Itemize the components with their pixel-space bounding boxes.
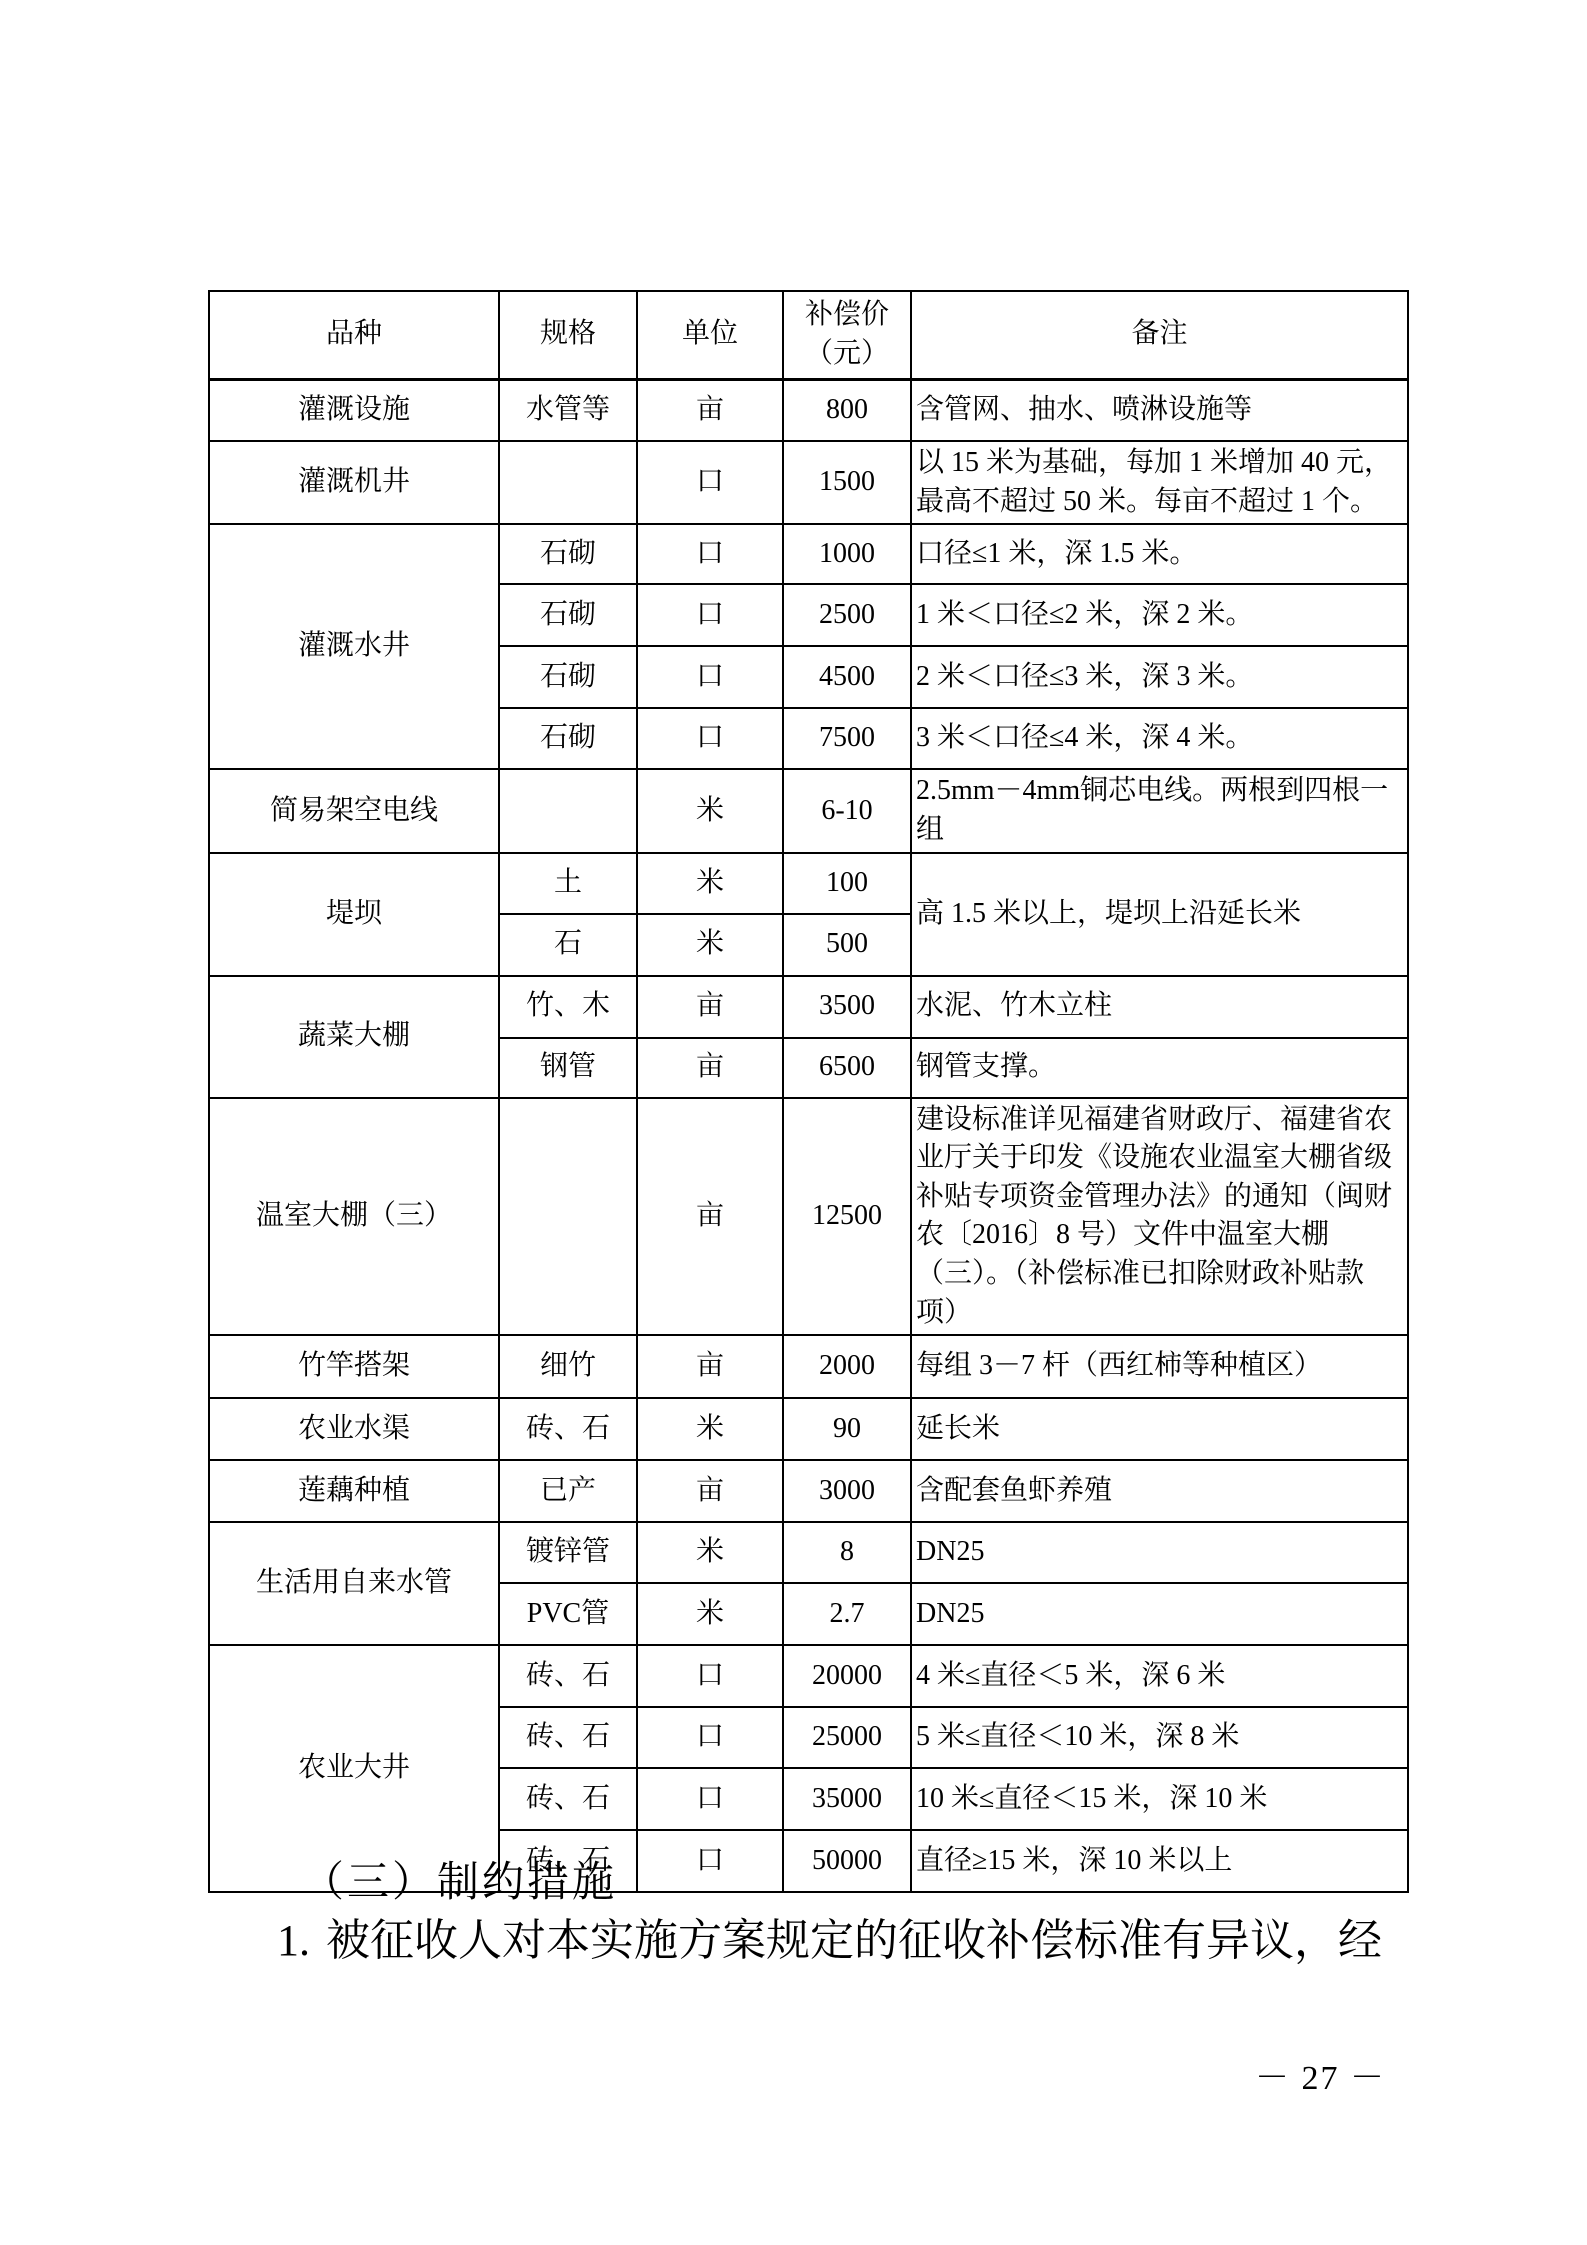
item-cell: 灌溉机井 [209,441,499,524]
note-cell: 2.5mm－4mm铜芯电线。两根到四根一组 [911,769,1408,852]
paragraph-line: 1.被征收人对本实施方案规定的征收补偿标准有异议，经 [277,1904,1382,1968]
item-cell: 蔬菜大棚 [209,976,499,1098]
spec-cell: 石砌 [499,524,637,584]
note-cell: 延长米 [911,1398,1408,1460]
spec-cell: 镀锌管 [499,1522,637,1583]
price-cell: 7500 [783,708,911,769]
note-cell: 口径≤1 米，深 1.5 米。 [911,524,1408,584]
unit-cell: 亩 [637,1460,783,1522]
price-cell: 25000 [783,1707,911,1768]
unit-cell: 口 [637,1768,783,1830]
spec-cell: 钢管 [499,1038,637,1098]
price-cell: 50000 [783,1830,911,1892]
unit-cell: 米 [637,1583,783,1645]
column-header-spec: 规格 [499,291,637,379]
spec-cell: 石砌 [499,708,637,769]
compensation-standards-table: 品种 规格 单位 补偿价 （元） 备注 灌溉设施 水管等 亩 800 含管网、抽… [208,290,1409,1893]
item-cell: 灌溉水井 [209,524,499,769]
item-cell: 简易架空电线 [209,769,499,852]
spec-cell: 砖、石 [499,1707,637,1768]
note-cell: 直径≥15 米，深 10 米以上 [911,1830,1408,1892]
spec-cell [499,769,637,852]
column-header-item: 品种 [209,291,499,379]
column-header-unit: 单位 [637,291,783,379]
table-row: 竹竿搭架 细竹 亩 2000 每组 3－7 杆（西红柿等种植区） [209,1335,1408,1398]
column-header-note: 备注 [911,291,1408,379]
spec-cell: 竹、木 [499,976,637,1038]
note-cell: 钢管支撑。 [911,1038,1408,1098]
unit-cell: 亩 [637,379,783,441]
item-cell: 温室大棚（三） [209,1098,499,1336]
spec-cell: 砖、石 [499,1398,637,1460]
item-cell: 竹竿搭架 [209,1335,499,1398]
price-cell: 8 [783,1522,911,1583]
unit-cell: 口 [637,524,783,584]
section-heading: （三）制约措施 [302,1849,617,1909]
column-header-price: 补偿价 （元） [783,291,911,379]
price-cell: 3000 [783,1460,911,1522]
unit-cell: 口 [637,1707,783,1768]
note-cell: 含管网、抽水、喷淋设施等 [911,379,1408,441]
page-number: － 27 － [1255,2050,1386,2099]
unit-cell: 口 [637,708,783,769]
item-cell: 莲藕种植 [209,1460,499,1522]
price-cell: 6500 [783,1038,911,1098]
note-cell: 水泥、竹木立柱 [911,976,1408,1038]
spec-cell: 砖、石 [499,1768,637,1830]
price-cell: 12500 [783,1098,911,1336]
unit-cell: 口 [637,1645,783,1707]
item-cell: 农业水渠 [209,1398,499,1460]
document-page: 品种 规格 单位 补偿价 （元） 备注 灌溉设施 水管等 亩 800 含管网、抽… [0,0,1587,2245]
note-cell: 5 米≤直径＜10 米，深 8 米 [911,1707,1408,1768]
note-cell: DN25 [911,1522,1408,1583]
spec-cell: 细竹 [499,1335,637,1398]
spec-cell: 已产 [499,1460,637,1522]
note-cell: 高 1.5 米以上，堤坝上沿延长米 [911,853,1408,976]
spec-cell: 砖、石 [499,1645,637,1707]
spec-cell: 水管等 [499,379,637,441]
price-cell: 2000 [783,1335,911,1398]
unit-cell: 米 [637,914,783,976]
spec-cell: 石砌 [499,646,637,708]
table-row: 温室大棚（三） 亩 12500 建设标准详见福建省财政厅、福建省农业厅关于印发《… [209,1098,1408,1336]
unit-cell: 亩 [637,1098,783,1336]
price-cell: 100 [783,853,911,914]
price-cell: 3500 [783,976,911,1038]
unit-cell: 口 [637,584,783,646]
price-cell: 800 [783,379,911,441]
unit-cell: 米 [637,1398,783,1460]
item-cell: 灌溉设施 [209,379,499,441]
note-cell: 每组 3－7 杆（西红柿等种植区） [911,1335,1408,1398]
spec-cell [499,1098,637,1336]
table-row: 简易架空电线 米 6-10 2.5mm－4mm铜芯电线。两根到四根一组 [209,769,1408,852]
table-row: 堤坝 土 米 100 高 1.5 米以上，堤坝上沿延长米 [209,853,1408,914]
price-cell: 2.7 [783,1583,911,1645]
note-cell: 以 15 米为基础，每加 1 米增加 40 元，最高不超过 50 米。每亩不超过… [911,441,1408,524]
table-header-row: 品种 规格 单位 补偿价 （元） 备注 [209,291,1408,379]
table-row: 灌溉机井 口 1500 以 15 米为基础，每加 1 米增加 40 元，最高不超… [209,441,1408,524]
price-cell: 35000 [783,1768,911,1830]
unit-cell: 米 [637,853,783,914]
table-row: 农业大井 砖、石 口 20000 4 米≤直径＜5 米，深 6 米 [209,1645,1408,1707]
unit-cell: 口 [637,1830,783,1892]
note-cell: 4 米≤直径＜5 米，深 6 米 [911,1645,1408,1707]
item-cell: 堤坝 [209,853,499,976]
unit-cell: 米 [637,1522,783,1583]
note-cell: DN25 [911,1583,1408,1645]
unit-cell: 口 [637,441,783,524]
price-cell: 1000 [783,524,911,584]
note-cell: 建设标准详见福建省财政厅、福建省农业厅关于印发《设施农业温室大棚省级补贴专项资金… [911,1098,1408,1336]
table-row: 农业水渠 砖、石 米 90 延长米 [209,1398,1408,1460]
spec-cell: 石 [499,914,637,976]
unit-cell: 亩 [637,1335,783,1398]
unit-cell: 亩 [637,1038,783,1098]
unit-cell: 口 [637,646,783,708]
spec-cell: 土 [499,853,637,914]
table-row: 灌溉水井 石砌 口 1000 口径≤1 米，深 1.5 米。 [209,524,1408,584]
table-row: 蔬菜大棚 竹、木 亩 3500 水泥、竹木立柱 [209,976,1408,1038]
item-cell: 生活用自来水管 [209,1522,499,1645]
price-cell: 4500 [783,646,911,708]
price-cell: 1500 [783,441,911,524]
note-cell: 2 米＜口径≤3 米，深 3 米。 [911,646,1408,708]
price-cell: 20000 [783,1645,911,1707]
note-cell: 10 米≤直径＜15 米，深 10 米 [911,1768,1408,1830]
price-cell: 500 [783,914,911,976]
unit-cell: 亩 [637,976,783,1038]
note-cell: 3 米＜口径≤4 米，深 4 米。 [911,708,1408,769]
price-cell: 6-10 [783,769,911,852]
price-cell: 90 [783,1398,911,1460]
unit-cell: 米 [637,769,783,852]
spec-cell [499,441,637,524]
paragraph-text: 被征收人对本实施方案规定的征收补偿标准有异议，经 [326,1916,1382,1965]
table-row: 生活用自来水管 镀锌管 米 8 DN25 [209,1522,1408,1583]
note-cell: 含配套鱼虾养殖 [911,1460,1408,1522]
price-cell: 2500 [783,584,911,646]
table-row: 灌溉设施 水管等 亩 800 含管网、抽水、喷淋设施等 [209,379,1408,441]
list-item-marker: 1. [277,1915,310,1966]
spec-cell: 石砌 [499,584,637,646]
note-cell: 1 米＜口径≤2 米，深 2 米。 [911,584,1408,646]
table-row: 莲藕种植 已产 亩 3000 含配套鱼虾养殖 [209,1460,1408,1522]
spec-cell: PVC管 [499,1583,637,1645]
